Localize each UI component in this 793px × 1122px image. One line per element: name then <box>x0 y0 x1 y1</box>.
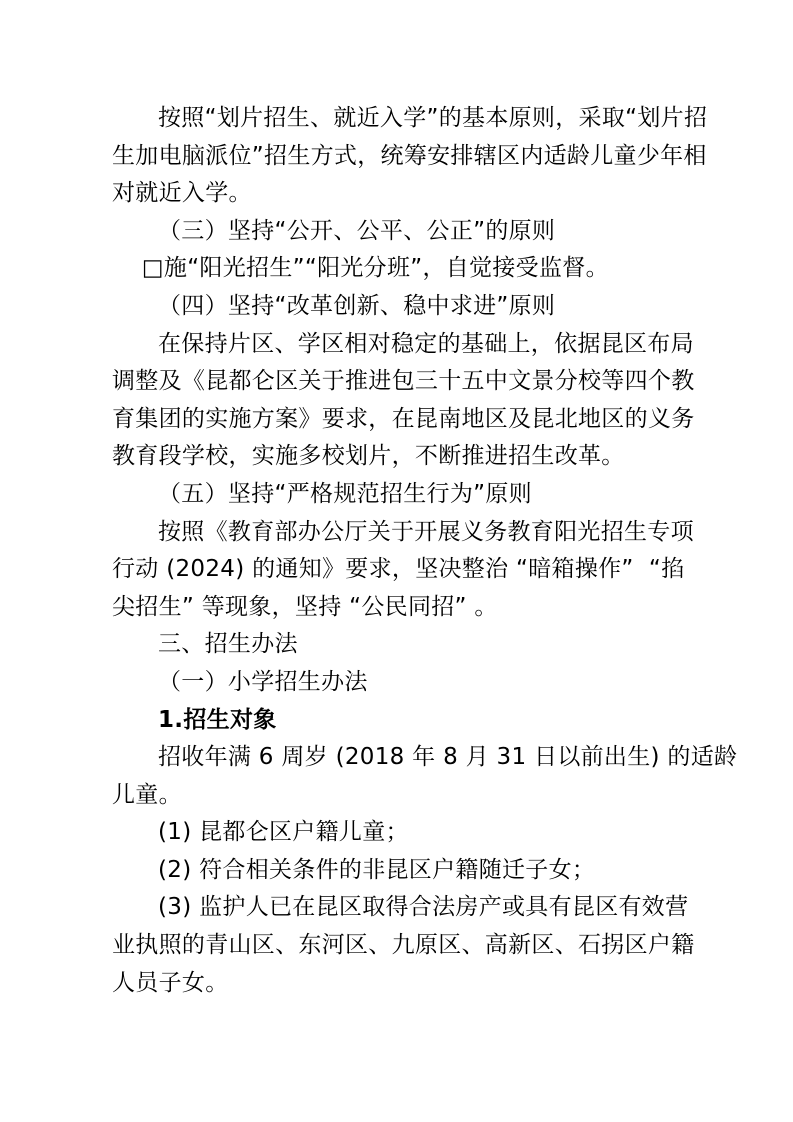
para-age-requirement-line: 招收年满 6 周岁 (2018 年 8 月 31 日以前出生) 的适龄 <box>112 739 680 777</box>
heading-section-3-line: 三、招生办法 <box>112 626 680 664</box>
para-huapian-principle-line: 生加电脑派位”招生方式，统筹安排辖区内适龄儿童少年相 <box>112 138 680 176</box>
para-item-3-line: 业执照的青山区、东河区、九原区、高新区、石拐区户籍 <box>112 927 680 965</box>
para-sunshine-enrollment-line: □施“阳光招生”“阳光分班”，自觉接受监督。 <box>112 250 680 288</box>
para-reform-line: 调整及《昆都仑区关于推进包三十五中文景分校等四个教 <box>112 363 680 401</box>
para-reform-line: 教育段学校，实施多校划片，不断推进招生改革。 <box>112 438 680 476</box>
para-age-requirement-line: 儿童。 <box>112 777 680 815</box>
heading-principle-4-line: （四）坚持“改革创新、稳中求进”原则 <box>112 288 680 326</box>
heading-principle-5-line: （五）坚持“严格规范招生行为”原则 <box>112 476 680 514</box>
para-item-1-line: (1) 昆都仑区户籍儿童； <box>112 814 680 852</box>
heading-primary-school-method-line: （一）小学招生办法 <box>112 664 680 702</box>
para-sunshine-action-line: 按照《教育部办公厅关于开展义务教育阳光招生专项 <box>112 514 680 552</box>
para-reform-line: 育集团的实施方案》要求，在昆南地区及昆北地区的义务 <box>112 401 680 439</box>
para-huapian-principle-line: 对就近入学。 <box>112 175 680 213</box>
document-body: 按照“划片招生、就近入学”的基本原则，采取“划片招生加电脑派位”招生方式，统筹安… <box>112 100 680 1002</box>
para-sunshine-action-line: 行动 (2024) 的通知》要求，坚决整治 “暗箱操作” “掐 <box>112 551 680 589</box>
para-item-2-line: (2) 符合相关条件的非昆区户籍随迁子女； <box>112 852 680 890</box>
heading-principle-3-line: （三）坚持“公开、公平、公正”的原则 <box>112 213 680 251</box>
para-item-3-line: 人员子女。 <box>112 965 680 1003</box>
para-item-3-line: (3) 监护人已在昆区取得合法房产或具有昆区有效营 <box>112 889 680 927</box>
para-reform-line: 在保持片区、学区相对稳定的基础上，依据昆区布局 <box>112 326 680 364</box>
document-page: 按照“划片招生、就近入学”的基本原则，采取“划片招生加电脑派位”招生方式，统筹安… <box>0 0 793 1122</box>
para-huapian-principle-line: 按照“划片招生、就近入学”的基本原则，采取“划片招 <box>112 100 680 138</box>
heading-enrollment-targets-line: 1.招生对象 <box>112 702 680 740</box>
para-sunshine-action-line: 尖招生” 等现象，坚持 “公民同招” 。 <box>112 589 680 627</box>
